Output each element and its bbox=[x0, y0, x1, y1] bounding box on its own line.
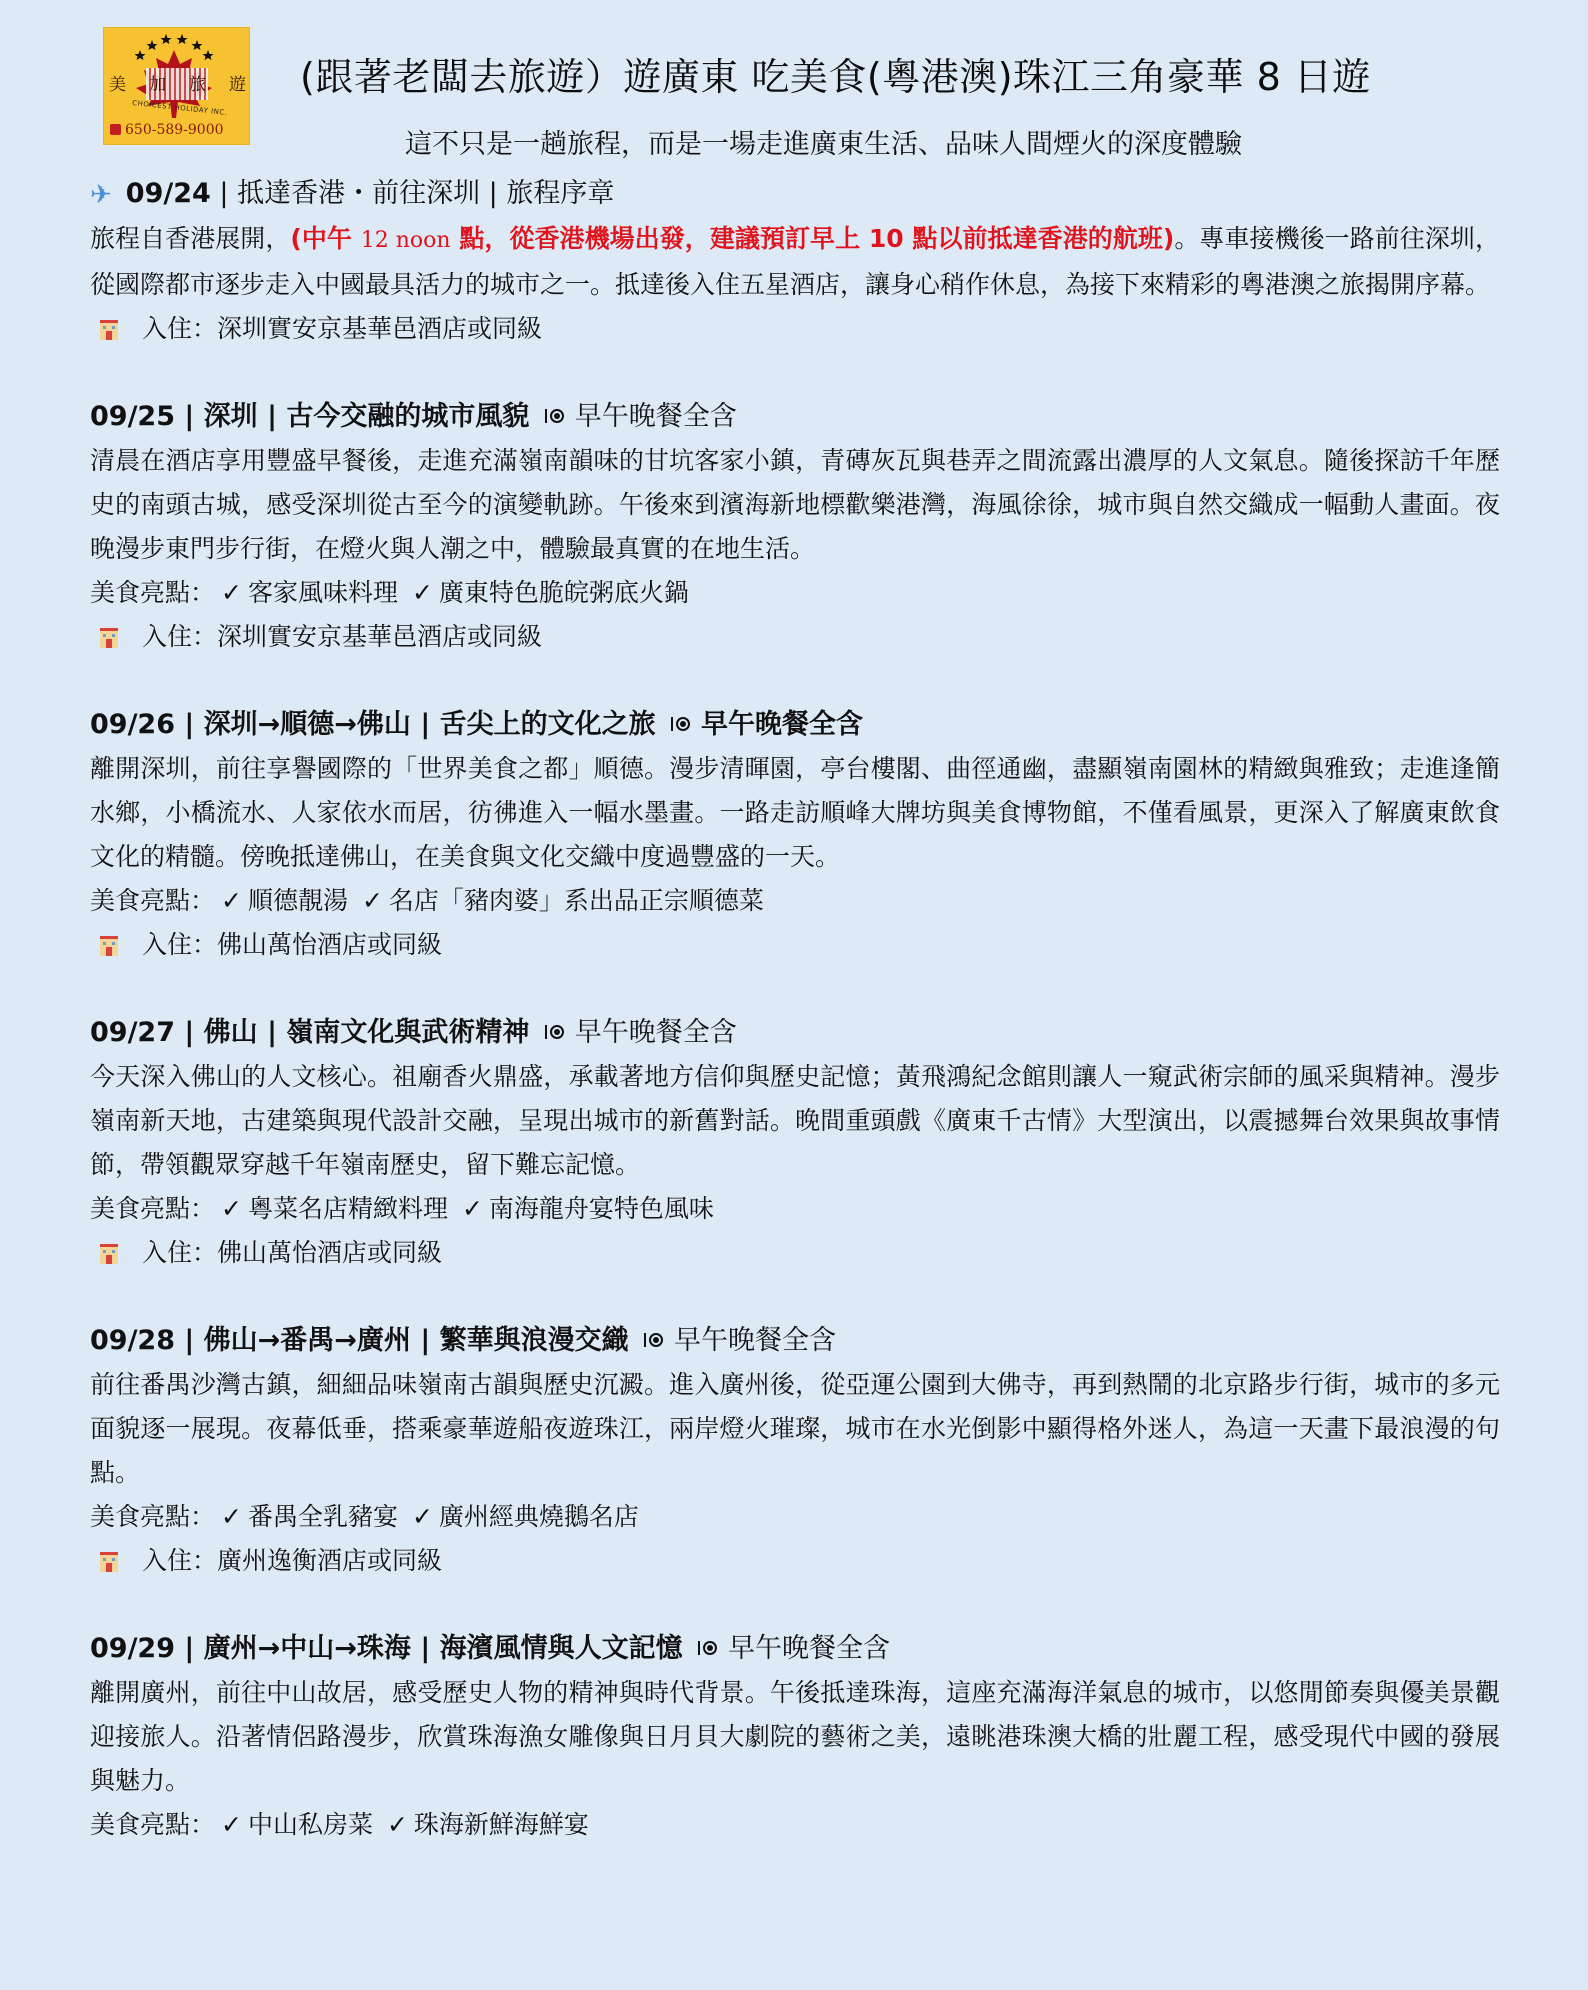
day-0924: ✈09/24 | 抵達香港・前往深圳 | 旅程序章 旅程自香港展開，(中午 12… bbox=[90, 172, 1500, 351]
logo-char: 美 bbox=[109, 70, 126, 95]
check-icon: ✓ bbox=[387, 1810, 408, 1839]
day-date: 09/24 bbox=[126, 178, 211, 209]
meal-text: 早午晚餐全含 bbox=[674, 1325, 836, 1356]
day-description: 離開深圳，前往享譽國際的「世界美食之都」順德。漫步清暉園，亭台樓閣、曲徑通幽，盡… bbox=[90, 747, 1500, 879]
day-title: | 深圳→順德→佛山 | 舌尖上的文化之旅 bbox=[175, 709, 656, 740]
logo-brand-name: 美 加 旅 遊 bbox=[104, 70, 251, 95]
meal-text: 早午晚餐全含 bbox=[575, 401, 737, 432]
hotel-label: 入住： bbox=[142, 930, 217, 959]
hotel-line: 入住：佛山萬怡酒店或同級 bbox=[90, 923, 1500, 967]
phone-icon bbox=[110, 124, 121, 135]
hotel-icon bbox=[98, 316, 120, 340]
phone-number: 650-589-9000 bbox=[125, 122, 224, 138]
hotel-icon bbox=[98, 1240, 120, 1264]
check-icon: ✓ bbox=[221, 1194, 242, 1223]
day-0929: 09/29 | 廣州→中山→珠海 | 海濱風情與人文記憶 早午晚餐全含 離開廣州… bbox=[90, 1627, 1500, 1847]
check-icon: ✓ bbox=[412, 1502, 433, 1531]
food-highlights: 美食亮點：✓番禺全乳豬宴 ✓廣州經典燒鵝名店 bbox=[90, 1495, 1500, 1539]
hotel-line: 入住：廣州逸衡酒店或同級 bbox=[90, 1539, 1500, 1583]
day-heading: 09/25 | 深圳 | 古今交融的城市風貌 早午晚餐全含 bbox=[90, 395, 1500, 439]
food-item: 粵菜名店精緻料理 bbox=[248, 1194, 448, 1223]
meal-text: 早午晚餐全含 bbox=[575, 1017, 737, 1048]
hotel-name: 深圳實安京基華邑酒店或同級 bbox=[217, 314, 542, 343]
hotel-label: 入住： bbox=[142, 314, 217, 343]
check-icon: ✓ bbox=[362, 886, 383, 915]
flight-notice-text: 點，從香港機場出發，建議預訂早上 10 點以前抵達香港的航班) bbox=[451, 224, 1175, 253]
meal-info: 早午晚餐全含 bbox=[698, 1633, 890, 1664]
food-highlights: 美食亮點：✓順德靚湯 ✓名店「豬肉婆」系出品正宗順德菜 bbox=[90, 879, 1500, 923]
dining-icon bbox=[698, 1640, 718, 1656]
description-text: 旅程自香港展開， bbox=[90, 224, 290, 253]
meal-info: 早午晚餐全含 bbox=[644, 1325, 836, 1356]
dining-icon bbox=[545, 408, 565, 424]
check-icon: ✓ bbox=[462, 1194, 483, 1223]
meal-info: 早午晚餐全含 bbox=[671, 709, 863, 740]
day-heading: 09/29 | 廣州→中山→珠海 | 海濱風情與人文記憶 早午晚餐全含 bbox=[90, 1627, 1500, 1671]
day-description: 旅程自香港展開，(中午 12 noon 點，從香港機場出發，建議預訂早上 10 … bbox=[90, 217, 1500, 307]
day-date: 09/27 bbox=[90, 1017, 175, 1048]
food-highlights: 美食亮點：✓中山私房菜 ✓珠海新鮮海鮮宴 bbox=[90, 1803, 1500, 1847]
food-item: 順德靚湯 bbox=[248, 886, 348, 915]
food-item: 珠海新鮮海鮮宴 bbox=[414, 1810, 589, 1839]
hotel-line: 入住：深圳實安京基華邑酒店或同級 bbox=[90, 307, 1500, 351]
day-date: 09/28 bbox=[90, 1325, 175, 1356]
day-title: | 深圳 | 古今交融的城市風貌 bbox=[175, 401, 529, 432]
food-highlights: 美食亮點：✓客家風味料理 ✓廣東特色脆皖粥底火鍋 bbox=[90, 571, 1500, 615]
hotel-icon bbox=[98, 1548, 120, 1572]
hotel-label: 入住： bbox=[142, 1546, 217, 1575]
hotel-name: 佛山萬怡酒店或同級 bbox=[217, 930, 442, 959]
food-label: 美食亮點： bbox=[90, 1502, 215, 1531]
day-date: 09/29 bbox=[90, 1633, 175, 1664]
food-label: 美食亮點： bbox=[90, 578, 215, 607]
food-label: 美食亮點： bbox=[90, 886, 215, 915]
hotel-name: 佛山萬怡酒店或同級 bbox=[217, 1238, 442, 1267]
meal-text: 早午晚餐全含 bbox=[728, 1633, 890, 1664]
flight-notice: (中午 12 noon 點，從香港機場出發，建議預訂早上 10 點以前抵達香港的… bbox=[290, 224, 1174, 253]
company-logo: 美 加 旅 遊 CHOICEST HOLIDAY INC. 650-589-90… bbox=[103, 27, 250, 145]
page-title: (跟著老闆去旅遊）遊廣東 吃美食(粵港澳)珠江三角豪華 8 日遊 bbox=[300, 46, 1371, 101]
meal-info: 早午晚餐全含 bbox=[545, 1017, 737, 1048]
flight-notice-text: (中午 bbox=[290, 224, 360, 253]
check-icon: ✓ bbox=[221, 1810, 242, 1839]
logo-phone: 650-589-9000 bbox=[110, 122, 224, 138]
itinerary-page: 美 加 旅 遊 CHOICEST HOLIDAY INC. 650-589-90… bbox=[0, 0, 1588, 1990]
airplane-icon: ✈ bbox=[90, 173, 112, 217]
hotel-icon bbox=[98, 932, 120, 956]
food-item: 客家風味料理 bbox=[248, 578, 398, 607]
food-item: 廣州經典燒鵝名店 bbox=[439, 1502, 639, 1531]
hotel-line: 入住：深圳實安京基華邑酒店或同級 bbox=[90, 615, 1500, 659]
dining-icon bbox=[545, 1024, 565, 1040]
food-item: 廣東特色脆皖粥底火鍋 bbox=[439, 578, 689, 607]
day-title: | 廣州→中山→珠海 | 海濱風情與人文記憶 bbox=[175, 1633, 683, 1664]
hotel-label: 入住： bbox=[142, 622, 217, 651]
food-item: 名店「豬肉婆」系出品正宗順德菜 bbox=[389, 886, 764, 915]
food-label: 美食亮點： bbox=[90, 1810, 215, 1839]
logo-char: 遊 bbox=[229, 70, 246, 95]
day-0925: 09/25 | 深圳 | 古今交融的城市風貌 早午晚餐全含 清晨在酒店享用豐盛早… bbox=[90, 395, 1500, 659]
day-heading: ✈09/24 | 抵達香港・前往深圳 | 旅程序章 bbox=[90, 172, 1500, 217]
food-label: 美食亮點： bbox=[90, 1194, 215, 1223]
hotel-icon bbox=[98, 624, 120, 648]
hotel-label: 入住： bbox=[142, 1238, 217, 1267]
meal-info: 早午晚餐全含 bbox=[545, 401, 737, 432]
hotel-line: 入住：佛山萬怡酒店或同級 bbox=[90, 1231, 1500, 1275]
itinerary-content: ✈09/24 | 抵達香港・前往深圳 | 旅程序章 旅程自香港展開，(中午 12… bbox=[90, 172, 1500, 1847]
day-description: 前往番禺沙灣古鎮，細細品味嶺南古韻與歷史沉澱。進入廣州後，從亞運公園到大佛寺，再… bbox=[90, 1363, 1500, 1495]
day-title: | 佛山→番禺→廣州 | 繁華與浪漫交織 bbox=[175, 1325, 629, 1356]
day-0926: 09/26 | 深圳→順德→佛山 | 舌尖上的文化之旅 早午晚餐全含 離開深圳，… bbox=[90, 703, 1500, 967]
check-icon: ✓ bbox=[221, 578, 242, 607]
food-highlights: 美食亮點：✓粵菜名店精緻料理 ✓南海龍舟宴特色風味 bbox=[90, 1187, 1500, 1231]
food-item: 番禺全乳豬宴 bbox=[248, 1502, 398, 1531]
day-date: 09/25 bbox=[90, 401, 175, 432]
day-heading: 09/27 | 佛山 | 嶺南文化與武術精神 早午晚餐全含 bbox=[90, 1011, 1500, 1055]
logo-char: 旅 bbox=[189, 70, 206, 95]
day-0928: 09/28 | 佛山→番禺→廣州 | 繁華與浪漫交織 早午晚餐全含 前往番禺沙灣… bbox=[90, 1319, 1500, 1583]
day-description: 離開廣州，前往中山故居，感受歷史人物的精神與時代背景。午後抵達珠海，這座充滿海洋… bbox=[90, 1671, 1500, 1803]
day-description: 清晨在酒店享用豐盛早餐後，走進充滿嶺南韻味的甘坑客家小鎮，青磚灰瓦與巷弄之間流露… bbox=[90, 439, 1500, 571]
logo-char: 加 bbox=[149, 70, 166, 95]
dining-icon bbox=[671, 716, 691, 732]
meal-text: 早午晚餐全含 bbox=[701, 709, 863, 740]
dining-icon bbox=[644, 1332, 664, 1348]
check-icon: ✓ bbox=[221, 1502, 242, 1531]
food-item: 中山私房菜 bbox=[248, 1810, 373, 1839]
hotel-name: 廣州逸衡酒店或同級 bbox=[217, 1546, 442, 1575]
day-heading: 09/28 | 佛山→番禺→廣州 | 繁華與浪漫交織 早午晚餐全含 bbox=[90, 1319, 1500, 1363]
food-item: 南海龍舟宴特色風味 bbox=[489, 1194, 714, 1223]
check-icon: ✓ bbox=[221, 886, 242, 915]
day-0927: 09/27 | 佛山 | 嶺南文化與武術精神 早午晚餐全含 今天深入佛山的人文核… bbox=[90, 1011, 1500, 1275]
page-subtitle: 這不只是一趟旅程，而是一場走進廣東生活、品味人間煙火的深度體驗 bbox=[405, 122, 1242, 161]
day-description: 今天深入佛山的人文核心。祖廟香火鼎盛，承載著地方信仰與歷史記憶；黃飛鴻紀念館則讓… bbox=[90, 1055, 1500, 1187]
day-date: 09/26 bbox=[90, 709, 175, 740]
check-icon: ✓ bbox=[412, 578, 433, 607]
day-heading: 09/26 | 深圳→順德→佛山 | 舌尖上的文化之旅 早午晚餐全含 bbox=[90, 703, 1500, 747]
day-title: | 抵達香港・前往深圳 | 旅程序章 bbox=[219, 178, 614, 209]
day-title: | 佛山 | 嶺南文化與武術精神 bbox=[175, 1017, 529, 1048]
hotel-name: 深圳實安京基華邑酒店或同級 bbox=[217, 622, 542, 651]
flight-notice-time: 12 noon bbox=[361, 228, 451, 253]
